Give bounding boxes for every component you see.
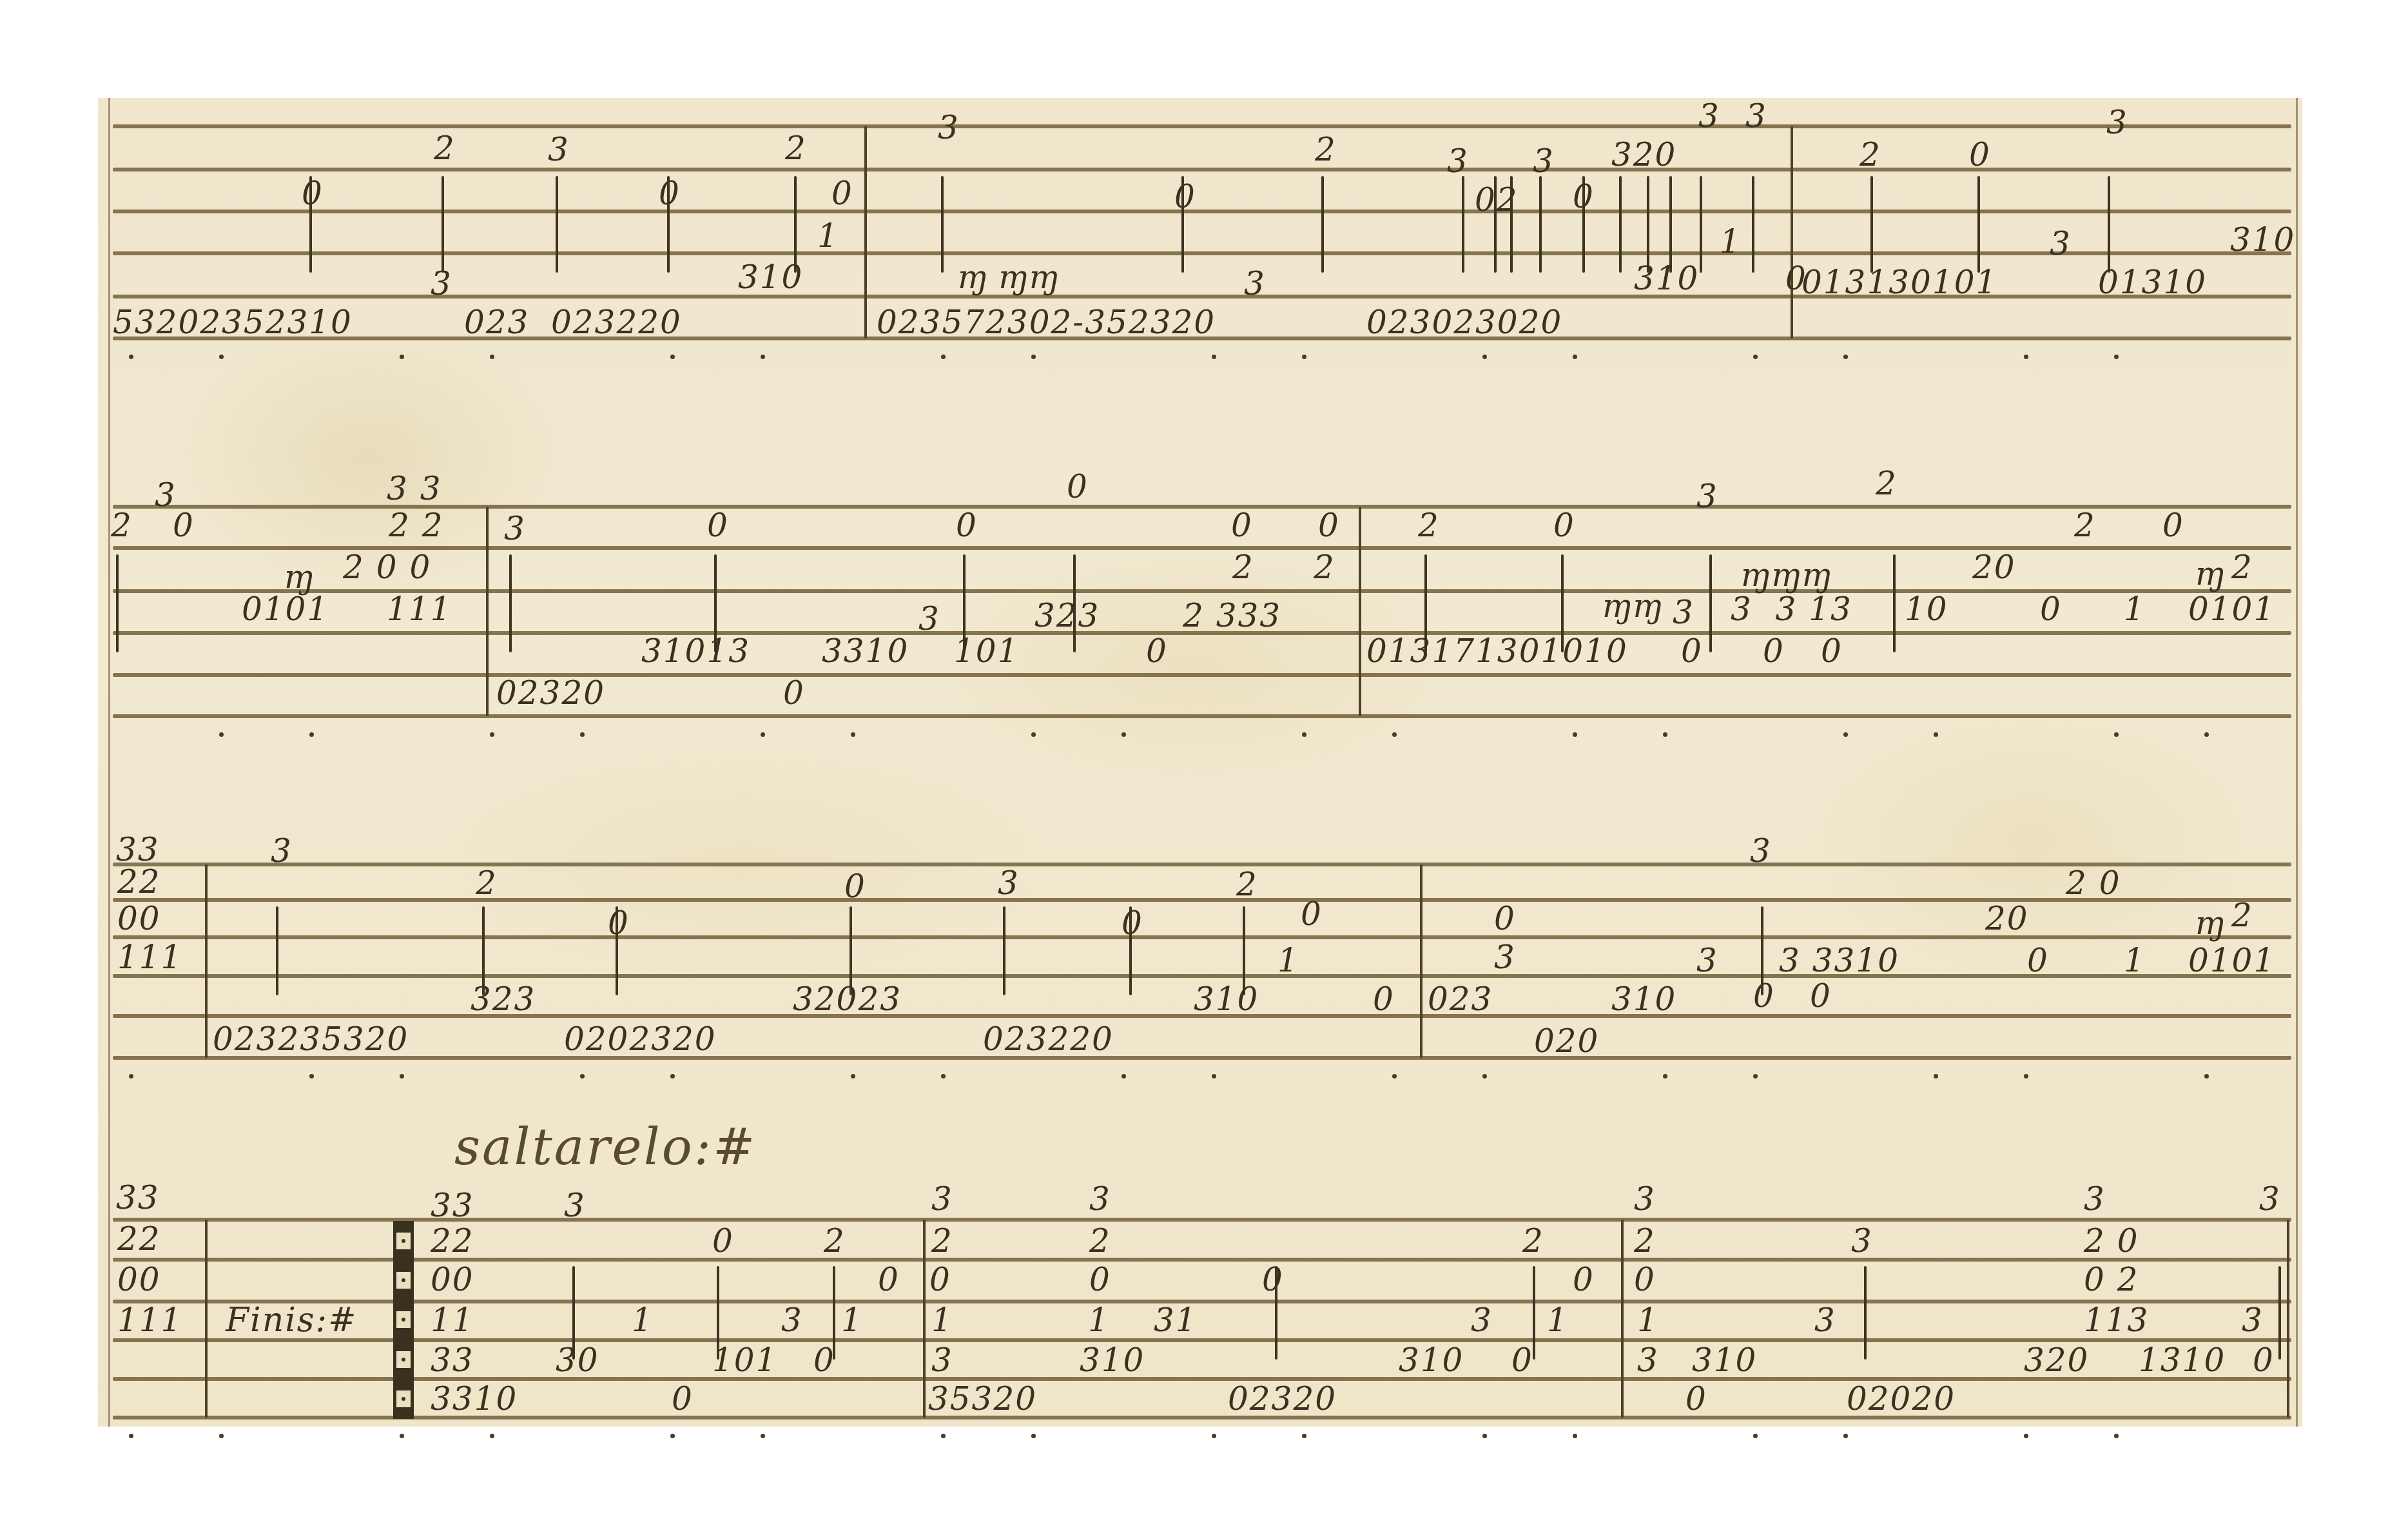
tab-fret-numbers: 0 2	[2084, 1263, 2139, 1296]
tab-fret-numbers: 3	[1673, 596, 1694, 629]
rhythm-stem	[1864, 1266, 1867, 1360]
staff-line	[113, 210, 2291, 213]
repeat-dot	[396, 1311, 411, 1328]
tab-fret-numbers: 0	[2027, 944, 2049, 977]
tab-fret-numbers: 310	[1611, 983, 1676, 1015]
staff-line	[113, 974, 2291, 978]
tab-fret-numbers: 3	[1634, 1183, 1656, 1215]
duration-dot	[1482, 1434, 1487, 1438]
tab-fret-numbers: 0	[1146, 635, 1168, 667]
tab-fret-numbers: 023220	[983, 1023, 1114, 1055]
tab-fret-numbers: 0	[1318, 509, 1340, 541]
bar-line	[2287, 1220, 2289, 1418]
duration-dot	[1573, 355, 1577, 359]
tab-fret-numbers: 2	[785, 132, 807, 164]
tab-fret-numbers: 0	[1634, 1263, 1656, 1296]
tab-fret-numbers: 3	[1637, 1344, 1659, 1376]
tab-fret-numbers: 023572302-352320	[877, 306, 1216, 338]
tab-fret-numbers: 3	[998, 867, 1020, 899]
tab-fret-numbers: 1310	[2139, 1344, 2226, 1376]
tab-fret-numbers: 3	[504, 512, 526, 545]
tab-fret-numbers: 0	[1553, 509, 1575, 541]
duration-dot	[400, 355, 404, 359]
tab-fret-numbers: 30	[556, 1344, 599, 1376]
finis-marker: Finis:#	[226, 1303, 358, 1337]
tab-fret-numbers: 0	[1810, 980, 1832, 1012]
tab-fret-numbers: 1	[2124, 593, 2146, 625]
tab-fret-numbers: 3	[548, 133, 570, 166]
duration-dot	[219, 732, 224, 737]
tab-fret-numbers: 3	[931, 1344, 953, 1376]
ornament-glyph: ɱ ɱɱ	[957, 259, 1059, 296]
tab-fret-numbers: 0101	[2188, 944, 2275, 977]
tab-fret-numbers: 3	[1698, 100, 1720, 132]
tab-fret-numbers: 10	[1905, 593, 1948, 625]
bar-line	[1621, 1220, 1624, 1418]
tab-fret-numbers: 32023	[793, 983, 902, 1015]
duration-dot	[1031, 732, 1036, 737]
rhythm-stem	[1669, 176, 1672, 273]
duration-dot	[1482, 1074, 1487, 1078]
ornament-glyph: ɱɱ	[1602, 587, 1663, 625]
duration-dot	[2024, 1074, 2028, 1078]
tab-fret-numbers: 20	[1985, 902, 2029, 935]
tab-fret-numbers: 111	[117, 941, 182, 973]
staff-line	[113, 168, 2291, 171]
tab-fret-numbers: 310	[738, 261, 803, 293]
rhythm-stem	[2278, 1266, 2281, 1360]
tab-fret-numbers: 00	[431, 1263, 474, 1296]
tab-fret-numbers: 310	[1399, 1344, 1464, 1376]
tab-fret-numbers: 023023020	[1366, 306, 1562, 338]
duration-dot	[2114, 732, 2119, 737]
tab-fret-numbers: 3	[938, 112, 960, 144]
tab-fret-numbers: 310	[1692, 1344, 1757, 1376]
tab-fret-numbers: 3	[1447, 145, 1469, 177]
duration-dot	[2024, 1434, 2028, 1438]
tab-fret-numbers: 2	[1089, 1225, 1111, 1257]
duration-dot	[129, 1074, 133, 1078]
tab-fret-numbers: 0	[1685, 1383, 1707, 1415]
tab-fret-numbers: 33	[116, 1182, 160, 1214]
duration-dot	[219, 355, 224, 359]
duration-dot	[1392, 732, 1397, 737]
tab-fret-numbers: 0	[1067, 471, 1089, 503]
tab-fret-numbers: 2	[1876, 467, 1898, 500]
staff-line	[113, 1056, 2291, 1060]
duration-dot	[1573, 1434, 1577, 1438]
duration-dot	[2204, 732, 2209, 737]
tab-fret-numbers: 0	[844, 870, 866, 902]
rhythm-stem	[1752, 176, 1754, 273]
repeat-dot	[396, 1233, 411, 1249]
tab-fret-numbers: 0	[1573, 1263, 1595, 1296]
duration-dot	[1212, 1074, 1216, 1078]
tab-fret-numbers: 3	[1244, 268, 1266, 300]
duration-dot	[1031, 1434, 1036, 1438]
tab-fret-numbers: 3	[2050, 228, 2072, 260]
duration-dot	[941, 1074, 946, 1078]
tab-fret-numbers: 3	[918, 603, 940, 635]
tab-fret-numbers: 53202352310	[113, 306, 353, 338]
duration-dot	[490, 355, 494, 359]
bar-line	[1791, 126, 1793, 338]
duration-dot	[1121, 1074, 1126, 1078]
tab-fret-numbers: 02320	[496, 677, 605, 709]
tab-fret-numbers: 0	[956, 509, 978, 541]
duration-dot	[1212, 355, 1216, 359]
tab-fret-numbers: 3	[1696, 480, 1718, 512]
tab-fret-numbers: 22	[117, 866, 161, 898]
tab-fret-numbers: 0	[1301, 898, 1323, 930]
tab-fret-numbers: 0	[1373, 983, 1395, 1015]
tab-fret-numbers: 310	[1194, 983, 1259, 1015]
duration-dot	[1934, 1074, 1938, 1078]
tab-fret-numbers: 1	[1088, 1304, 1110, 1336]
tab-fret-numbers: 0202320	[564, 1023, 717, 1055]
repeat-dot	[396, 1272, 411, 1289]
tab-fret-numbers: 2 0	[2066, 867, 2121, 899]
tab-fret-numbers: 013130101	[1801, 266, 1997, 298]
tab-fret-numbers: 3	[781, 1304, 803, 1336]
tab-fret-numbers: 3	[931, 1183, 953, 1215]
duration-dot	[670, 355, 675, 359]
bar-line	[1420, 864, 1422, 1058]
duration-dot	[309, 732, 314, 737]
duration-dot	[670, 1074, 675, 1078]
tab-fret-numbers: 3	[2259, 1183, 2281, 1215]
rhythm-stem	[556, 176, 558, 273]
tab-fret-numbers: 2	[1314, 551, 1335, 583]
tab-fret-numbers: 1	[931, 1304, 953, 1336]
tab-fret-numbers: 2	[931, 1225, 953, 1257]
duration-dot	[1573, 732, 1577, 737]
ornament-glyph: ɱɱɱ	[1740, 556, 1832, 594]
rhythm-stem	[1647, 176, 1649, 273]
tab-fret-numbers: 2 0	[2084, 1225, 2139, 1257]
tab-fret-numbers: 3310	[431, 1383, 518, 1415]
staff-line	[113, 863, 2291, 866]
tab-fret-numbers: 0	[1174, 180, 1196, 213]
tab-fret-numbers: 0	[1089, 1263, 1111, 1296]
duration-dot	[761, 1434, 765, 1438]
tab-fret-numbers: 0	[1753, 980, 1775, 1012]
tab-fret-numbers: 320	[2024, 1344, 2089, 1376]
tab-fret-numbers: 2	[1232, 551, 1254, 583]
duration-dot	[1482, 355, 1487, 359]
tab-fret-numbers: 3	[1750, 835, 1772, 867]
section-heading: saltarelo:#	[454, 1118, 757, 1176]
tab-fret-numbers: 3	[1494, 941, 1516, 973]
tab-fret-numbers: 33	[431, 1189, 474, 1222]
staff-line	[113, 673, 2291, 677]
tab-fret-numbers: 1	[817, 220, 839, 252]
bar-line	[205, 1220, 208, 1418]
tab-fret-numbers: 2	[1634, 1225, 1656, 1257]
tab-fret-numbers: 0	[1573, 180, 1595, 213]
rhythm-stem	[1977, 176, 1980, 273]
duration-dot	[129, 355, 133, 359]
tab-fret-numbers: 2 0 0	[343, 551, 431, 583]
duration-dot	[1392, 1074, 1397, 1078]
rhythm-stem	[1870, 176, 1873, 273]
duration-dot	[1121, 732, 1126, 737]
tab-fret-numbers: 0	[173, 509, 195, 541]
tab-fret-numbers: 3	[1471, 1304, 1493, 1336]
tab-fret-numbers: 0	[831, 177, 853, 210]
duration-dot	[941, 355, 946, 359]
tab-fret-numbers: 3310	[822, 635, 909, 667]
tab-fret-numbers: 31	[1154, 1304, 1198, 1336]
duration-dot	[490, 1434, 494, 1438]
tab-fret-numbers: 1	[1637, 1304, 1659, 1336]
tab-fret-numbers: 3	[1089, 1183, 1111, 1215]
duration-dot	[2204, 1074, 2209, 1078]
tab-fret-numbers: 101	[954, 635, 1019, 667]
rhythm-stem	[276, 906, 278, 995]
tab-fret-numbers: 0101	[2188, 593, 2275, 625]
duration-dot	[1663, 1074, 1667, 1078]
tab-fret-numbers: 023220	[551, 306, 682, 338]
duration-dot	[1302, 1434, 1306, 1438]
tab-fret-numbers: 023	[464, 306, 529, 338]
duration-dot	[1302, 732, 1306, 737]
tab-fret-numbers: 2	[2231, 551, 2253, 583]
tab-fret-numbers: 0	[302, 177, 324, 210]
tab-fret-numbers: 3	[2084, 1183, 2106, 1215]
tab-fret-numbers: 3	[271, 835, 293, 867]
tab-fret-numbers: 3	[2106, 106, 2128, 139]
tab-fret-numbers: 01310	[2098, 266, 2207, 298]
duration-dot	[2114, 355, 2119, 359]
duration-dot	[761, 355, 765, 359]
staff-line	[113, 546, 2291, 550]
tab-fret-numbers: 2	[824, 1225, 846, 1257]
tab-fret-numbers: 02020	[1847, 1383, 1956, 1415]
tab-fret-numbers: 0	[813, 1344, 835, 1376]
tab-fret-numbers: 1	[1277, 944, 1299, 977]
tab-fret-numbers: 2	[1522, 1225, 1544, 1257]
bar-line	[205, 864, 208, 1058]
tab-fret-numbers: 0	[608, 907, 630, 939]
tab-fret-numbers: 00	[117, 1263, 161, 1296]
tab-fret-numbers: 310	[2230, 224, 2295, 256]
tab-fret-numbers: 1	[2124, 944, 2146, 977]
ornament-glyph: ɱ	[2195, 904, 2225, 942]
rhythm-stem	[1462, 176, 1464, 273]
duration-dot	[1753, 1434, 1758, 1438]
rhythm-stem	[1539, 176, 1542, 273]
staff-line	[113, 124, 2291, 128]
duration-dot	[1843, 1434, 1848, 1438]
staff-line	[113, 251, 2291, 255]
tab-fret-numbers: 3	[1814, 1304, 1836, 1336]
rhythm-stem	[116, 554, 119, 652]
tab-fret-numbers: 2	[1859, 139, 1881, 171]
tab-fret-numbers: 3	[564, 1189, 586, 1222]
duration-dot	[761, 732, 765, 737]
tab-fret-numbers: 111	[117, 1304, 182, 1336]
staff-line	[113, 898, 2291, 902]
rhythm-stem	[1003, 906, 1005, 995]
duration-dot	[580, 732, 585, 737]
tab-fret-numbers: 2	[1315, 133, 1337, 166]
duration-dot	[1302, 355, 1306, 359]
duration-dot	[851, 732, 855, 737]
duration-dot	[670, 1434, 675, 1438]
duration-dot	[400, 1434, 404, 1438]
tab-fret-numbers: 111	[387, 593, 452, 625]
duration-dot	[2024, 355, 2028, 359]
tab-fret-numbers: 3 3 13	[1731, 593, 1852, 625]
tab-fret-numbers: 013171301010	[1366, 635, 1628, 667]
tab-fret-numbers: 323	[471, 983, 536, 1015]
left-margin-rule	[108, 98, 110, 1427]
tab-fret-numbers: 35320	[928, 1383, 1037, 1415]
tab-fret-numbers: 31013	[641, 635, 750, 667]
tab-fret-numbers: 11	[431, 1304, 474, 1336]
repeat-dot	[396, 1351, 411, 1368]
tab-fret-numbers: 3 3	[387, 473, 442, 505]
duration-dot	[400, 1074, 404, 1078]
rhythm-stem	[2108, 176, 2110, 273]
rhythm-stem	[1893, 554, 1896, 652]
ornament-glyph: ɱ	[284, 558, 314, 596]
tab-fret-numbers: 0	[2253, 1344, 2275, 1376]
bar-line	[1359, 507, 1361, 716]
tab-fret-numbers: 33	[116, 834, 160, 866]
tab-fret-numbers: 310	[1080, 1344, 1145, 1376]
tab-fret-numbers: 0	[707, 509, 729, 541]
duration-dot	[1934, 732, 1938, 737]
ornament-glyph: ɱ	[2195, 555, 2225, 592]
bar-line	[923, 1220, 926, 1418]
repeat-bar-marker	[393, 1221, 414, 1419]
tab-fret-numbers: 320	[1611, 139, 1676, 171]
tab-fret-numbers: 3 3310	[1779, 944, 1899, 977]
duration-dot	[1663, 732, 1667, 737]
duration-dot	[1843, 355, 1848, 359]
tab-fret-numbers: 0	[2162, 509, 2184, 541]
staff-line	[113, 714, 2291, 718]
tab-fret-numbers: 0	[1763, 635, 1785, 667]
tab-fret-numbers: 310	[1634, 262, 1699, 295]
tab-fret-numbers: 2	[476, 867, 498, 899]
duration-dot	[1753, 355, 1758, 359]
tab-fret-numbers: 101	[712, 1344, 777, 1376]
duration-dot	[129, 1434, 133, 1438]
tab-fret-numbers: 0	[1262, 1263, 1284, 1296]
tab-fret-numbers: 0	[1969, 139, 1991, 171]
duration-dot	[309, 1074, 314, 1078]
tab-fret-numbers: 0101	[242, 593, 329, 625]
tab-fret-numbers: 2	[2231, 899, 2253, 932]
tab-fret-numbers: 3	[2242, 1304, 2264, 1336]
tab-fret-numbers: 22	[117, 1223, 161, 1255]
bar-line	[486, 507, 489, 716]
duration-dot	[580, 1074, 585, 1078]
tab-fret-numbers: 0	[1511, 1344, 1533, 1376]
tab-fret-numbers: 023235320	[213, 1023, 409, 1055]
tab-fret-numbers: 0	[1231, 509, 1253, 541]
duration-dot	[1031, 355, 1036, 359]
tab-fret-numbers: 20	[1972, 551, 2016, 583]
rhythm-stem	[1700, 176, 1702, 273]
repeat-dot	[396, 1390, 411, 1407]
tab-fret-numbers: 0	[672, 1383, 694, 1415]
tab-fret-numbers: 020	[1534, 1025, 1599, 1057]
staff-line	[113, 935, 2291, 939]
duration-dot	[2114, 1434, 2119, 1438]
tab-fret-numbers: 2 2	[389, 509, 444, 541]
duration-dot	[941, 1434, 946, 1438]
tab-fret-numbers: 0	[929, 1263, 951, 1296]
tab-fret-numbers: 2	[2074, 509, 2096, 541]
tab-fret-numbers: 00	[117, 902, 161, 935]
rhythm-stem	[1619, 176, 1622, 273]
tab-fret-numbers: 1	[1720, 226, 1742, 258]
tab-fret-numbers: 0	[1681, 635, 1703, 667]
tab-fret-numbers: 0	[659, 177, 681, 210]
tab-fret-numbers: 0	[1821, 635, 1843, 667]
tab-fret-numbers: 0	[1121, 907, 1143, 939]
tab-fret-numbers: 2	[1236, 868, 1258, 901]
tab-fret-numbers: 3	[1745, 100, 1767, 132]
tab-fret-numbers: 323	[1034, 600, 1100, 632]
tab-fret-numbers: 3	[1696, 944, 1718, 977]
tab-fret-numbers: 3	[431, 268, 452, 300]
duration-dot	[1753, 1074, 1758, 1078]
duration-dot	[1212, 1434, 1216, 1438]
tab-fret-numbers: 2	[434, 132, 456, 164]
tab-fret-numbers: 02320	[1228, 1383, 1337, 1415]
tab-fret-numbers: 0	[1494, 902, 1516, 935]
tab-fret-numbers: 0	[878, 1263, 900, 1296]
tab-fret-numbers: 2	[111, 509, 133, 541]
right-margin-rule	[2296, 98, 2298, 1427]
rhythm-stem	[442, 176, 444, 273]
tab-fret-numbers: 2 333	[1183, 600, 1281, 632]
tab-fret-numbers: 1	[632, 1304, 654, 1336]
duration-dot	[851, 1074, 855, 1078]
tab-fret-numbers: 1	[841, 1304, 863, 1336]
tab-fret-numbers: 33	[431, 1344, 474, 1376]
rhythm-stem	[509, 554, 512, 652]
tab-fret-numbers: 3	[1851, 1225, 1873, 1257]
tab-fret-numbers: 0	[2040, 593, 2062, 625]
rhythm-stem	[1321, 176, 1324, 273]
duration-dot	[219, 1434, 224, 1438]
bar-line	[864, 126, 867, 338]
tab-fret-numbers: 023	[1428, 983, 1493, 1015]
duration-dot	[490, 732, 494, 737]
rhythm-stem	[941, 176, 944, 273]
tab-fret-numbers: 2	[1418, 509, 1440, 541]
tab-fret-numbers: 0	[783, 677, 805, 709]
duration-dot	[1843, 732, 1848, 737]
tab-fret-numbers: 02	[1475, 184, 1519, 216]
tab-fret-numbers: 3	[1533, 145, 1555, 177]
tab-fret-numbers: 1	[1547, 1304, 1569, 1336]
tab-fret-numbers: 113	[2084, 1304, 2149, 1336]
tab-fret-numbers: 22	[431, 1225, 474, 1257]
rhythm-stem	[1709, 554, 1712, 652]
tab-fret-numbers: 0	[712, 1225, 734, 1257]
